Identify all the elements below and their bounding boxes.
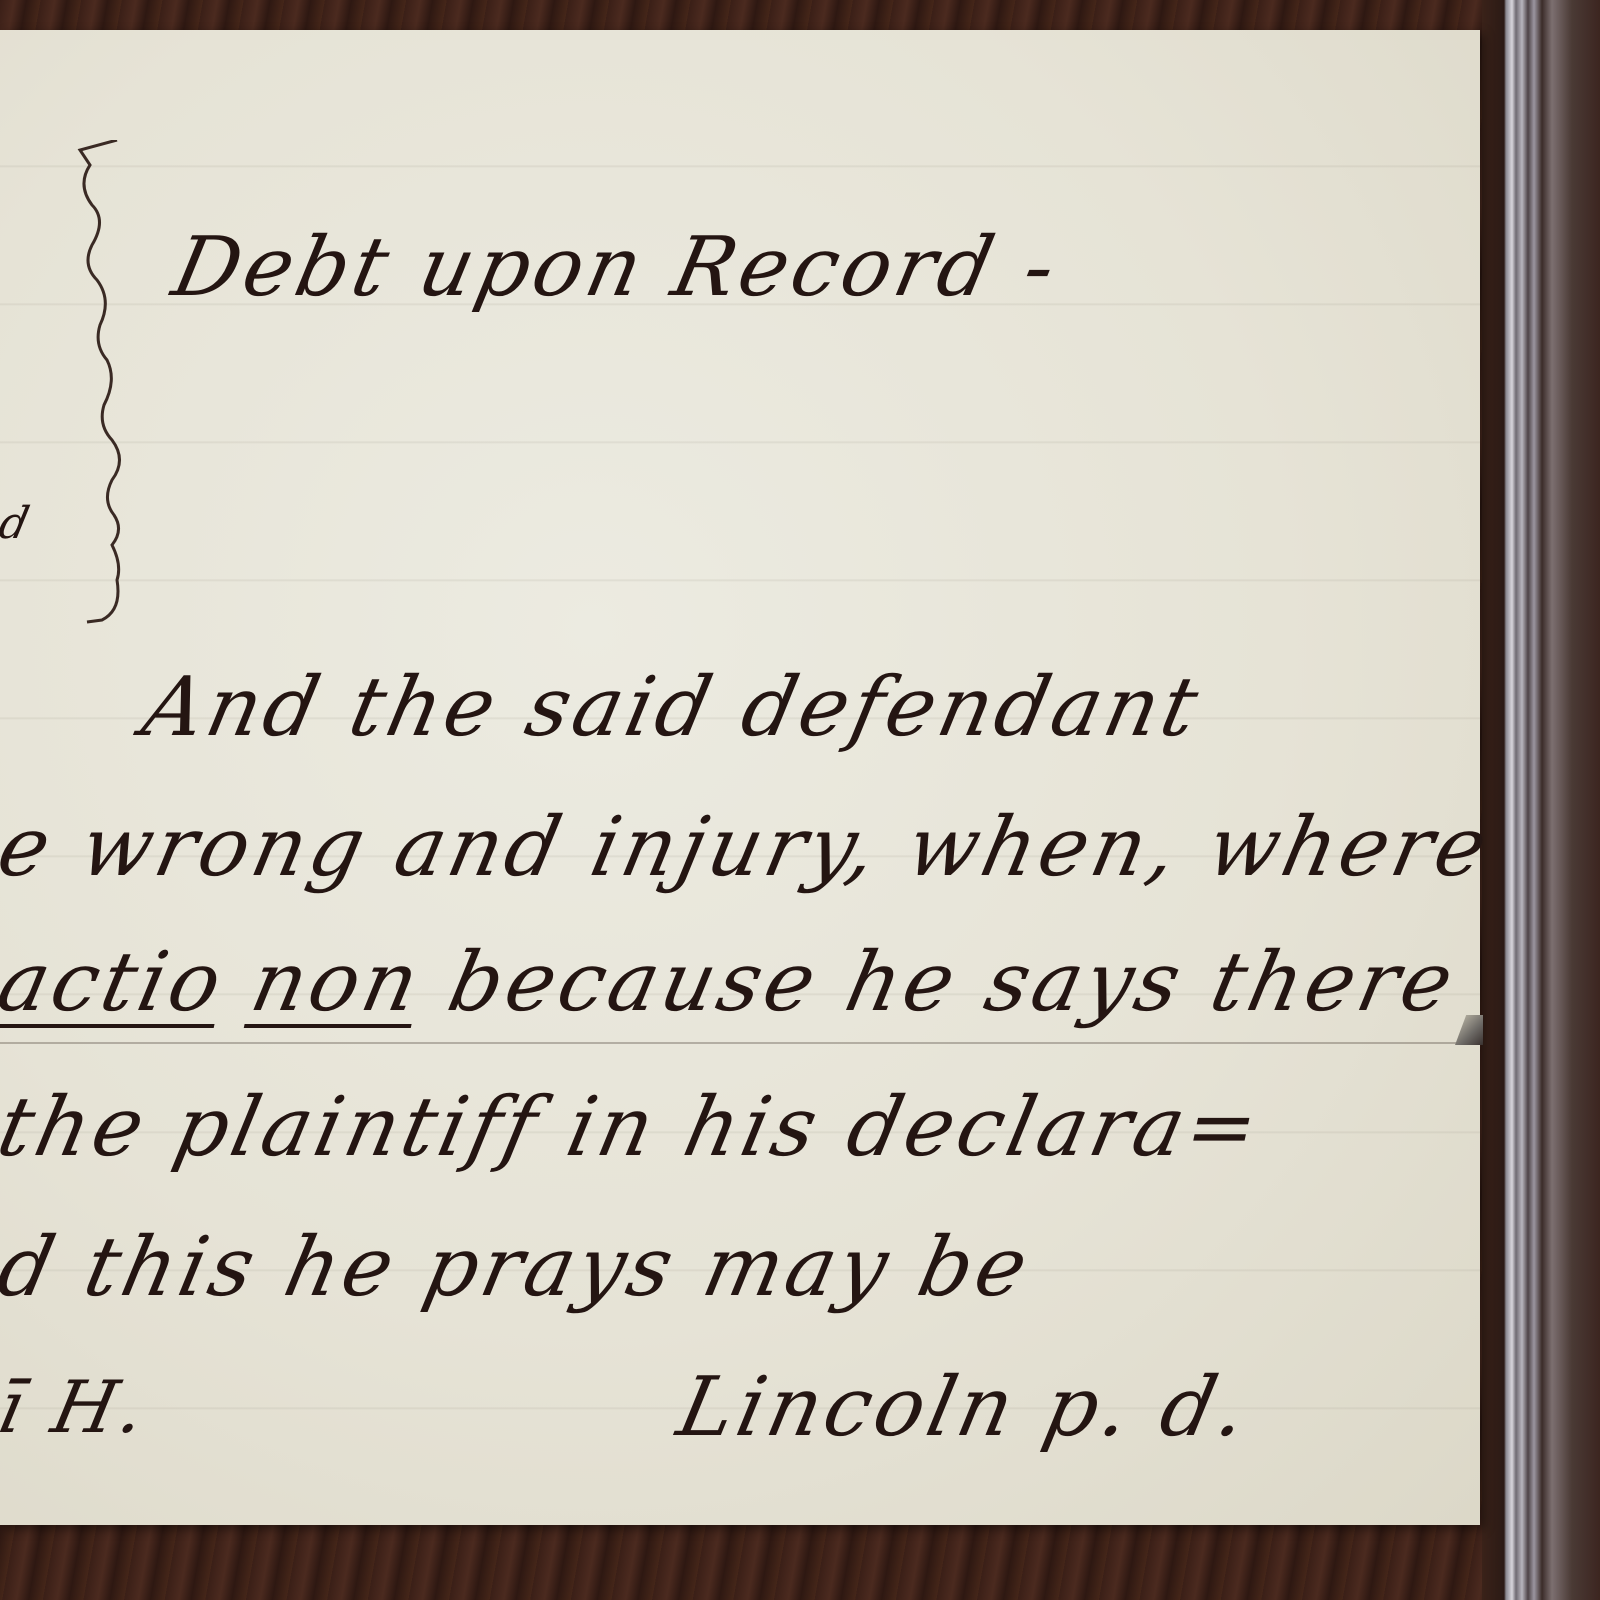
paper-fold-line [0,1042,1480,1044]
text-line-3-rest: because he says there [440,935,1464,1030]
closing-left: ī H. [0,1365,157,1449]
document-paper: d Debt upon Record - And the said defend… [0,30,1480,1525]
latin-actio: actio [0,935,233,1030]
plastic-holder-edge [1482,0,1600,1600]
text-line-5: d this he prays may be [0,1220,1039,1315]
margin-fragment: d [0,498,34,549]
document-heading: Debt upon Record - [165,220,1068,315]
text-line-4: the plaintiff in his declara= [0,1080,1270,1175]
signature: Lincoln p. d. [670,1360,1259,1455]
latin-non: non [243,935,430,1030]
curly-brace-icon [72,140,132,625]
paper-tear [1455,1015,1483,1045]
text-line-2: e wrong and injury, when, where [0,800,1499,895]
text-line-3: actio non because he says there [0,935,1465,1030]
text-line-1: And the said defendant [135,660,1210,755]
